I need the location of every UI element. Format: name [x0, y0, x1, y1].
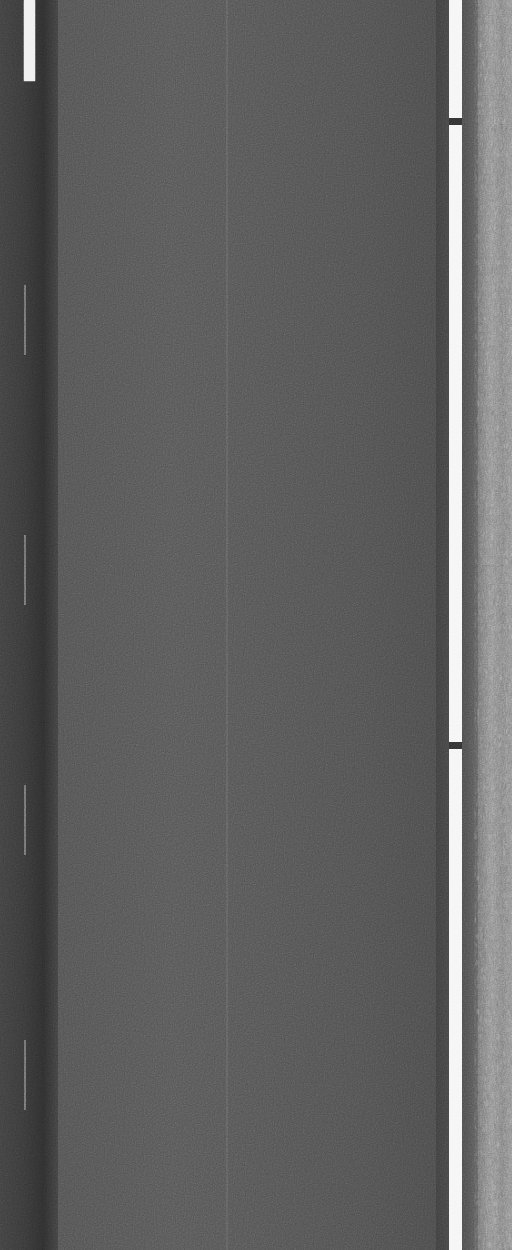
right-edge-line: [449, 0, 462, 118]
left-lane-dash: [24, 0, 35, 81]
faded-dash: [24, 785, 26, 855]
faded-dash: [24, 535, 26, 605]
gravel-verge: [478, 0, 512, 1250]
asphalt-lane: [58, 0, 440, 1250]
faded-dash: [24, 285, 26, 355]
right-edge-line: [449, 749, 462, 1250]
edge-line-break: [449, 118, 462, 125]
edge-line-break: [449, 742, 462, 749]
road-scene: [0, 0, 512, 1250]
right-edge-line: [449, 125, 462, 742]
faded-dash: [24, 1040, 26, 1110]
left-shoulder: [0, 0, 58, 1250]
lane-center-streak: [226, 0, 228, 1250]
